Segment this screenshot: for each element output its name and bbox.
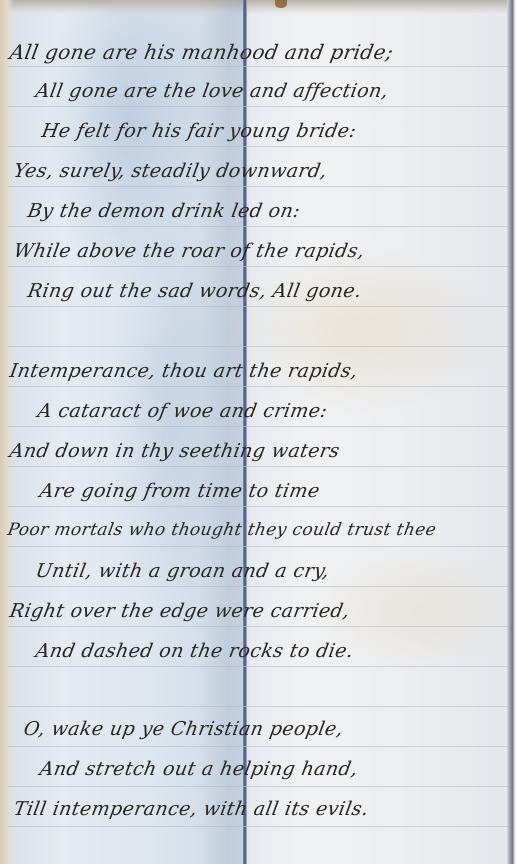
poem-body: All gone are his manhood and pride; All … — [0, 0, 517, 864]
poem-line: Intemperance, thou art the rapids, — [8, 360, 360, 382]
poem-line: Yes, surely, steadily downward, — [12, 160, 329, 182]
manuscript-page: All gone are his manhood and pride; All … — [0, 0, 517, 864]
poem-line: O, wake up ye Christian people, — [22, 718, 345, 740]
poem-line: Ring out the sad words, All gone. — [26, 280, 364, 302]
poem-line: Until, with a groan and a cry, — [34, 560, 331, 582]
poem-line: Till intemperance, with all its evils. — [12, 798, 370, 820]
poem-line: All gone are his manhood and pride; — [8, 40, 395, 64]
poem-line: And dashed on the rocks to die. — [34, 640, 355, 662]
poem-line: All gone are the love and affection, — [34, 80, 390, 102]
poem-line: And stretch out a helping hand, — [38, 758, 360, 780]
poem-line: Poor mortals who thought they could trus… — [6, 520, 438, 540]
poem-line: By the demon drink led on: — [26, 200, 302, 222]
poem-line: And down in thy seething waters — [8, 440, 342, 462]
poem-line: He felt for his fair young bride: — [40, 120, 358, 142]
poem-line: While above the roar of the rapids, — [12, 240, 366, 262]
poem-line: A cataract of woe and crime: — [36, 400, 329, 422]
poem-line: Are going from time to time — [38, 480, 322, 502]
poem-line: Right over the edge were carried, — [8, 600, 352, 622]
